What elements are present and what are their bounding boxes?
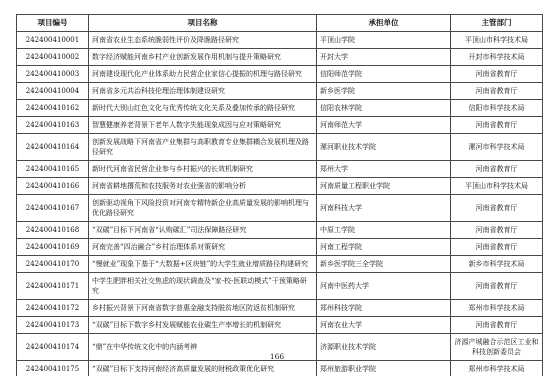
cell-department: 河南省教育厅 (451, 195, 543, 222)
header-unit: 承担单位 (317, 15, 451, 32)
document-page: 项目编号 项目名称 承担单位 主管部门 242400410001 河南省农业生态… (0, 0, 554, 376)
cell-project-name: 河南省农业生态系统脆弱性评价及降脆路径研究 (89, 32, 317, 49)
cell-unit: 河南质量工程职业学院 (317, 178, 451, 195)
cell-project-id: 242400410167 (17, 195, 89, 222)
cell-unit: 郑州旅游职业学院 (317, 361, 451, 376)
cell-project-name: 新时代大别山红色文化与优秀传统文化关系及叠加传承的路径研究 (89, 100, 317, 117)
cell-project-name: 创新驱动视角下风险投资对河南专精特新企业高质量发展的影响机理与优化路径研究 (89, 195, 317, 222)
cell-project-id: 242400410003 (17, 66, 89, 83)
cell-department: 郑州市科学技术局 (451, 361, 543, 376)
cell-unit: 漯河职业技术学院 (317, 134, 451, 161)
cell-unit: 河南中医药大学 (317, 273, 451, 300)
cell-unit: 河南农业大学 (317, 317, 451, 334)
cell-project-id: 242400410162 (17, 100, 89, 117)
cell-unit: 郑州科技学院 (317, 300, 451, 317)
cell-project-name: 智慧健康养老背景下老年人数字失能现象成因与应对策略研究 (89, 117, 317, 134)
cell-project-name: 新时代河南省民营企业参与乡村振兴的长效机制研究 (89, 161, 317, 178)
cell-department: 河南省教育厅 (451, 239, 543, 256)
cell-project-name: 乡村振兴背景下河南省数字普惠金融支持脱贫地区防返贫机制研究 (89, 300, 317, 317)
table-row: 242400410162 新时代大别山红色文化与优秀传统文化关系及叠加传承的路径… (17, 100, 543, 117)
cell-department: 信阳市科学技术局 (451, 100, 543, 117)
cell-unit: 河南师范大学 (317, 117, 451, 134)
cell-department: 漯河市科学技术局 (451, 134, 543, 161)
table-row: 242400410004 河南省多元共治科技伦理治理体制建设研究 新乡医学院 河… (17, 83, 543, 100)
cell-project-id: 242400410168 (17, 222, 89, 239)
table-row: 242400410001 河南省农业生态系统脆弱性评价及降脆路径研究 平顶山学院… (17, 32, 543, 49)
table-row: 242400410171 中学生肥胖相关社交焦虑的现状调查及“家-校-医联动模式… (17, 273, 543, 300)
table-row: 242400410167 创新驱动视角下风险投资对河南专精特新企业高质量发展的影… (17, 195, 543, 222)
cell-project-id: 242400410002 (17, 49, 89, 66)
table-body: 242400410001 河南省农业生态系统脆弱性评价及降脆路径研究 平顶山学院… (17, 32, 543, 376)
table-row: 242400410173 “双碳”目标下数字乡村发展赋能农业碳生产率增长的机制研… (17, 317, 543, 334)
cell-project-id: 242400410164 (17, 134, 89, 161)
table-header: 项目编号 项目名称 承担单位 主管部门 (17, 15, 543, 32)
cell-unit: 平顶山学院 (317, 32, 451, 49)
cell-project-name: “双碳”目标下数字乡村发展赋能农业碳生产率增长的机制研究 (89, 317, 317, 334)
cell-project-name: 中学生肥胖相关社交焦虑的现状调查及“家-校-医联动模式”干预策略研究 (89, 273, 317, 300)
cell-project-name: 河南建设现代化产业体系助力民营企业家信心提振的机理与路径研究 (89, 66, 317, 83)
table-row: 242400410163 智慧健康养老背景下老年人数字失能现象成因与应对策略研究… (17, 117, 543, 134)
cell-department: 河南省教育厅 (451, 317, 543, 334)
header-project-name: 项目名称 (89, 15, 317, 32)
table-row: 242400410169 河南完善“四治融合”乡村治理体系对策研究 河南工程学院… (17, 239, 543, 256)
cell-unit: 中原工学院 (317, 222, 451, 239)
table-row: 242400410166 河南省耕地撂荒和农技服务对农业强省的影响分析 河南质量… (17, 178, 543, 195)
cell-unit: 河南科技大学 (317, 195, 451, 222)
cell-unit: 新乡医学院三全学院 (317, 256, 451, 273)
cell-project-id: 242400410175 (17, 361, 89, 376)
cell-project-name: 河南省多元共治科技伦理治理体制建设研究 (89, 83, 317, 100)
cell-unit: 河南工程学院 (317, 239, 451, 256)
cell-project-name: “慢就业”现象下基于“大数据+区块链”的大学生就业增质路径构建研究 (89, 256, 317, 273)
cell-project-id: 242400410004 (17, 83, 89, 100)
cell-project-name: “双碳”目标下支持河南经济高质量发展的财税政策优化研究 (89, 361, 317, 376)
header-department: 主管部门 (451, 15, 543, 32)
cell-department: 河南省教育厅 (451, 161, 543, 178)
cell-unit: 开封大学 (317, 49, 451, 66)
cell-project-id: 242400410001 (17, 32, 89, 49)
cell-department: 开封市科学技术局 (451, 49, 543, 66)
cell-department: 河南省教育厅 (451, 273, 543, 300)
table-row: 242400410165 新时代河南省民营企业参与乡村振兴的长效机制研究 郑州大… (17, 161, 543, 178)
cell-unit: 信阳师范学院 (317, 66, 451, 83)
cell-project-id: 242400410163 (17, 117, 89, 134)
table-row: 242400410164 创新发展战略下河南省产业集群与高职教育专业集群耦合发展… (17, 134, 543, 161)
table-row: 242400410172 乡村振兴背景下河南省数字普惠金融支持脱贫地区防返贫机制… (17, 300, 543, 317)
cell-department: 河南省教育厅 (451, 66, 543, 83)
projects-table: 项目编号 项目名称 承担单位 主管部门 242400410001 河南省农业生态… (16, 14, 543, 376)
cell-project-name: 创新发展战略下河南省产业集群与高职教育专业集群耦合发展机理及路径研究 (89, 134, 317, 161)
cell-project-id: 242400410173 (17, 317, 89, 334)
cell-department: 新乡市科学技术局 (451, 256, 543, 273)
cell-department: 河南省教育厅 (451, 83, 543, 100)
table-row: 242400410003 河南建设现代化产业体系助力民营企业家信心提振的机理与路… (17, 66, 543, 83)
cell-unit: 郑州大学 (317, 161, 451, 178)
cell-department: 河南省教育厅 (451, 117, 543, 134)
header-row: 项目编号 项目名称 承担单位 主管部门 (17, 15, 543, 32)
table-row: 242400410170 “慢就业”现象下基于“大数据+区块链”的大学生就业增质… (17, 256, 543, 273)
header-project-id: 项目编号 (17, 15, 89, 32)
cell-project-name: “双碳”目标下河南省“认购碳汇”司法保障路径研究 (89, 222, 317, 239)
table-row: 242400410002 数字经济赋能河南乡村产业创新发展作用机制与提升策略研究… (17, 49, 543, 66)
cell-department: 郑州市科学技术局 (451, 300, 543, 317)
page-number: 166 (0, 352, 554, 361)
cell-project-name: 河南省耕地撂荒和农技服务对农业强省的影响分析 (89, 178, 317, 195)
cell-department: 平顶山市科学技术局 (451, 178, 543, 195)
cell-department: 河南省教育厅 (451, 222, 543, 239)
cell-unit: 信阳农林学院 (317, 100, 451, 117)
cell-project-id: 242400410171 (17, 273, 89, 300)
cell-project-id: 242400410166 (17, 178, 89, 195)
table-row: 242400410175 “双碳”目标下支持河南经济高质量发展的财税政策优化研究… (17, 361, 543, 376)
cell-project-id: 242400410169 (17, 239, 89, 256)
cell-project-name: 河南完善“四治融合”乡村治理体系对策研究 (89, 239, 317, 256)
cell-project-name: 数字经济赋能河南乡村产业创新发展作用机制与提升策略研究 (89, 49, 317, 66)
cell-department: 平顶山市科学技术局 (451, 32, 543, 49)
cell-project-id: 242400410172 (17, 300, 89, 317)
cell-project-id: 242400410165 (17, 161, 89, 178)
cell-unit: 新乡医学院 (317, 83, 451, 100)
table-row: 242400410168 “双碳”目标下河南省“认购碳汇”司法保障路径研究 中原… (17, 222, 543, 239)
cell-project-id: 242400410170 (17, 256, 89, 273)
